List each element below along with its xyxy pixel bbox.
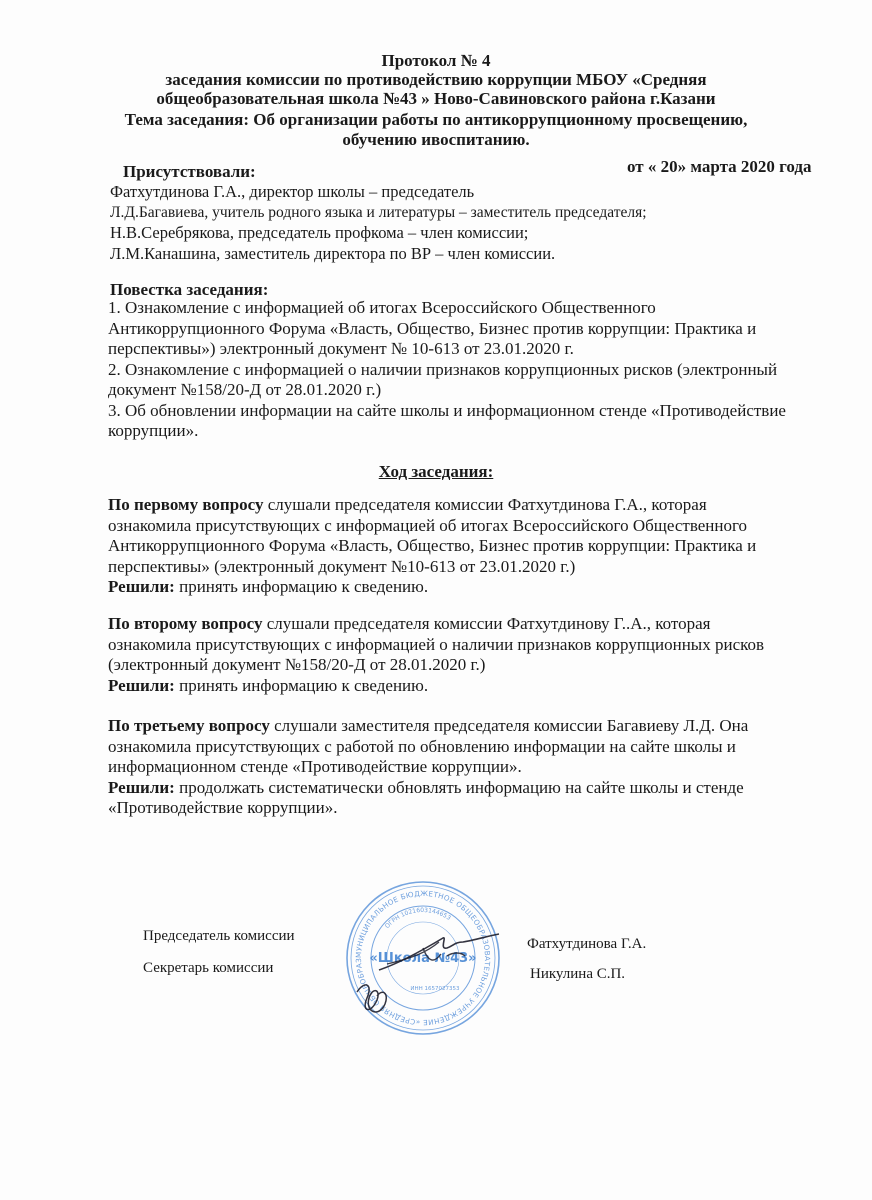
stamp-seal-icon: МУНИЦИПАЛЬНОЕ БЮДЖЕТНОЕ ОБЩЕОБРАЗОВАТЕЛЬ…	[343, 878, 503, 1038]
document-title: Протокол № 4	[0, 51, 872, 71]
question-1-line: Антикоррупционного Форума «Власть, Общес…	[108, 536, 828, 557]
question-2-line: (электронный документ №158/20-Д от 28.01…	[108, 655, 828, 676]
svg-text:ОГРН 1021603144653: ОГРН 1021603144653	[384, 907, 452, 930]
question-2-decision-label: Решили:	[108, 676, 175, 695]
secretary-name: Никулина С.П.	[530, 966, 625, 983]
question-1-line: перспективы» (электронный документ №10-6…	[108, 557, 828, 578]
agenda-list: 1. Ознакомление с информацией об итогах …	[108, 298, 828, 442]
question-1-lead: По первому вопросу	[108, 495, 263, 514]
agenda-line: 3. Об обновлении информации на сайте шко…	[108, 401, 828, 422]
agenda-line: коррупции».	[108, 421, 828, 442]
attendee-item: Фатхутдинова Г.А., директор школы – пред…	[110, 181, 474, 202]
agenda-line: 2. Ознакомление с информацией о наличии …	[108, 360, 828, 381]
question-3-decision-label: Решили:	[108, 778, 175, 797]
question-3-line: информационном стенде «Противодействие к…	[108, 757, 828, 778]
chair-label: Председатель комиссии	[143, 928, 295, 945]
attendees-heading: Присутствовали:	[123, 161, 256, 182]
attendee-item: Л.Д.Багавиева, учитель родного языка и л…	[110, 202, 647, 223]
question-3-decision: продолжать систематически обновлять инфо…	[175, 778, 744, 797]
agenda-line: документ №158/20-Д от 28.01.2020 г.)	[108, 380, 828, 401]
attendee-item: Н.В.Серебрякова, председатель профкома –…	[110, 222, 528, 243]
stamp-inn: ИНН 1657027353	[410, 986, 460, 992]
question-1-line: ознакомила присутствующих с информацией …	[108, 516, 828, 537]
question-3-line: ознакомила присутствующих с работой по о…	[108, 737, 828, 758]
attendee-item: Л.М.Канашина, заместитель директора по В…	[110, 243, 555, 264]
question-1-block: По первому вопросу слушали председателя …	[108, 495, 828, 598]
question-2-line: ознакомила присутствующих с информацией …	[108, 635, 828, 656]
question-3-lead: По третьему вопросу	[108, 716, 270, 735]
document-subtitle-line1: заседания комиссии по противодействию ко…	[0, 70, 872, 90]
agenda-line: 1. Ознакомление с информацией об итогах …	[108, 298, 828, 319]
official-stamp: МУНИЦИПАЛЬНОЕ БЮДЖЕТНОЕ ОБЩЕОБРАЗОВАТЕЛЬ…	[343, 878, 503, 1038]
document-page: Протокол № 4 заседания комиссии по проти…	[0, 0, 872, 1200]
question-3-decision-line: «Противодействие коррупции».	[108, 798, 828, 819]
meeting-date: от « 20» марта 2020 года	[627, 157, 812, 177]
question-3-block: По третьему вопросу слушали заместителя …	[108, 716, 828, 819]
agenda-line: перспективы») электронный документ № 10-…	[108, 339, 828, 360]
question-3-text: слушали заместителя председателя комисси…	[270, 716, 748, 735]
question-2-block: По второму вопросу слушали председателя …	[108, 614, 828, 696]
question-2-text: слушали председателя комиссии Фатхутдино…	[262, 614, 710, 633]
question-1-decision: принять информацию к сведению.	[175, 577, 428, 596]
question-2-decision: принять информацию к сведению.	[175, 676, 428, 695]
meeting-topic-line1: Тема заседания: Об организации работы по…	[0, 110, 872, 130]
document-subtitle-line2: общеобразовательная школа №43 » Ново-Сав…	[0, 89, 872, 109]
agenda-heading: Повестка заседания:	[110, 279, 268, 300]
agenda-line: Антикоррупционного Форума «Власть, Общес…	[108, 319, 828, 340]
proceedings-heading: Ход заседания:	[0, 462, 872, 482]
secretary-label: Секретарь комиссии	[143, 960, 273, 977]
question-1-text: слушали председателя комиссии Фатхутдино…	[263, 495, 706, 514]
stamp-ogrn: ОГРН 1021603144653	[384, 907, 452, 930]
question-2-lead: По второму вопросу	[108, 614, 262, 633]
chair-name: Фатхутдинова Г.А.	[527, 936, 646, 953]
meeting-topic-line2: обучению ивоспитанию.	[0, 130, 872, 150]
question-1-decision-label: Решили:	[108, 577, 175, 596]
